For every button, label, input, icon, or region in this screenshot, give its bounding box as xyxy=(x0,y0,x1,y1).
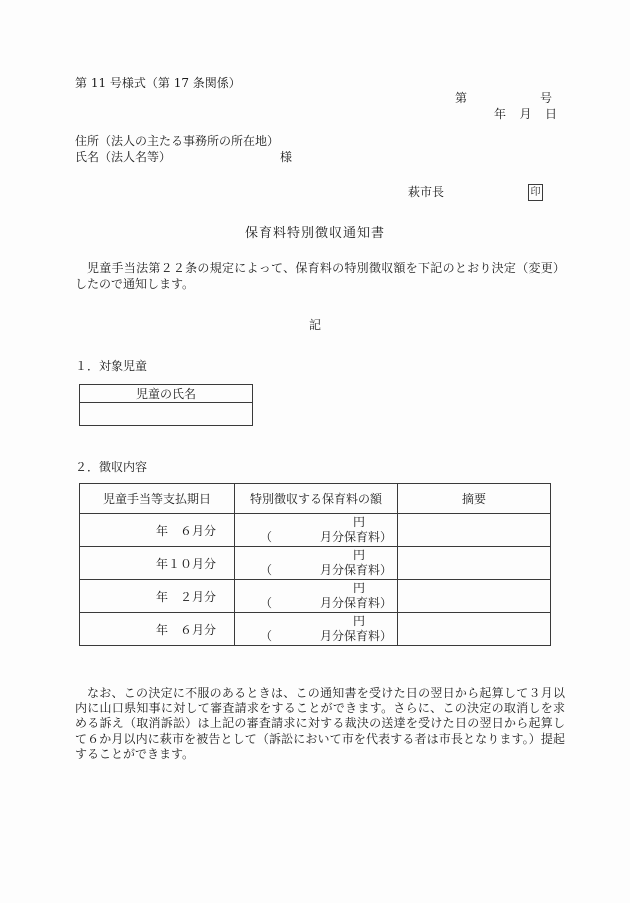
date-day-label: 日 xyxy=(545,105,557,122)
period-cell: 年 ６月分 xyxy=(80,613,235,646)
child-name-value-cell xyxy=(80,403,253,426)
date-month-label: 月 xyxy=(519,105,531,122)
payment-date-header: 児童手当等支払期日 xyxy=(80,484,235,514)
amount-note-label: （ 月分保育料） xyxy=(235,596,397,611)
table-row: 年１０月分 円 （ 月分保育料） xyxy=(80,547,551,580)
remarks-header: 摘要 xyxy=(398,484,551,514)
remarks-cell xyxy=(398,580,551,613)
date-year-label: 年 xyxy=(494,105,506,122)
table-header-row: 児童の氏名 xyxy=(80,385,253,403)
recipient-name-label: 氏名（法人名等） xyxy=(75,150,171,164)
child-name-header: 児童の氏名 xyxy=(80,385,253,403)
target-child-table: 児童の氏名 xyxy=(79,384,253,426)
recipient-address-label: 住所（法人の主たる事務所の所在地） xyxy=(75,132,279,149)
period-cell: 年１０月分 xyxy=(80,547,235,580)
appeal-notice-paragraph: なお、この決定に不服のあるときは、この通知書を受けた日の翌日から起算して３月以内… xyxy=(75,686,565,762)
amount-cell: 円 （ 月分保育料） xyxy=(235,613,398,646)
amount-note-label: （ 月分保育料） xyxy=(235,629,397,644)
table-row: 年 ６月分 円 （ 月分保育料） xyxy=(80,613,551,646)
notice-body-paragraph: 児童手当法第２２条の規定によって、保育料の特別徴収額を下記のとおり決定（変更）し… xyxy=(75,261,565,292)
amount-unit-label: 円 xyxy=(235,548,397,563)
period-cell: 年 ２月分 xyxy=(80,580,235,613)
table-header-row: 児童手当等支払期日 特別徴収する保育料の額 摘要 xyxy=(80,484,551,514)
seal-mark: 印 xyxy=(528,184,543,201)
document-page: 第 11 号様式（第 17 条関係） 第 号 年 月 日 住所（法人の主たる事務… xyxy=(0,0,630,903)
amount-cell: 円 （ 月分保育料） xyxy=(235,514,398,547)
section2-label: ２．徴収内容 xyxy=(75,458,147,475)
document-title: 保育料特別徴収通知書 xyxy=(0,222,630,241)
amount-note-label: （ 月分保育料） xyxy=(235,530,397,545)
doc-number-suffix: 号 xyxy=(540,89,552,106)
section1-label: １．対象児童 xyxy=(75,357,147,374)
collection-amount-header: 特別徴収する保育料の額 xyxy=(235,484,398,514)
table-row: 年 ２月分 円 （ 月分保育料） xyxy=(80,580,551,613)
amount-unit-label: 円 xyxy=(235,581,397,596)
recipient-name-line: 氏名（法人名等） 様 xyxy=(75,148,475,165)
amount-cell: 円 （ 月分保育料） xyxy=(235,547,398,580)
amount-cell: 円 （ 月分保育料） xyxy=(235,580,398,613)
remarks-cell xyxy=(398,514,551,547)
collection-details-table: 児童手当等支払期日 特別徴収する保育料の額 摘要 年 ６月分 円 （ 月分保育料… xyxy=(79,483,551,646)
amount-unit-label: 円 xyxy=(235,614,397,629)
table-row xyxy=(80,403,253,426)
amount-note-label: （ 月分保育料） xyxy=(235,563,397,578)
remarks-cell xyxy=(398,613,551,646)
form-number: 第 11 号様式（第 17 条関係） xyxy=(75,74,241,91)
amount-unit-label: 円 xyxy=(235,515,397,530)
doc-number-line: 第 号 xyxy=(455,89,552,106)
period-cell: 年 ６月分 xyxy=(80,514,235,547)
date-line: 年 月 日 xyxy=(494,105,557,122)
table-row: 年 ６月分 円 （ 月分保育料） xyxy=(80,514,551,547)
honorific-label: 様 xyxy=(280,148,292,165)
remarks-cell xyxy=(398,547,551,580)
mayor-label: 萩市長 xyxy=(408,183,444,200)
doc-number-prefix: 第 xyxy=(455,89,467,106)
record-marker: 記 xyxy=(0,316,630,333)
